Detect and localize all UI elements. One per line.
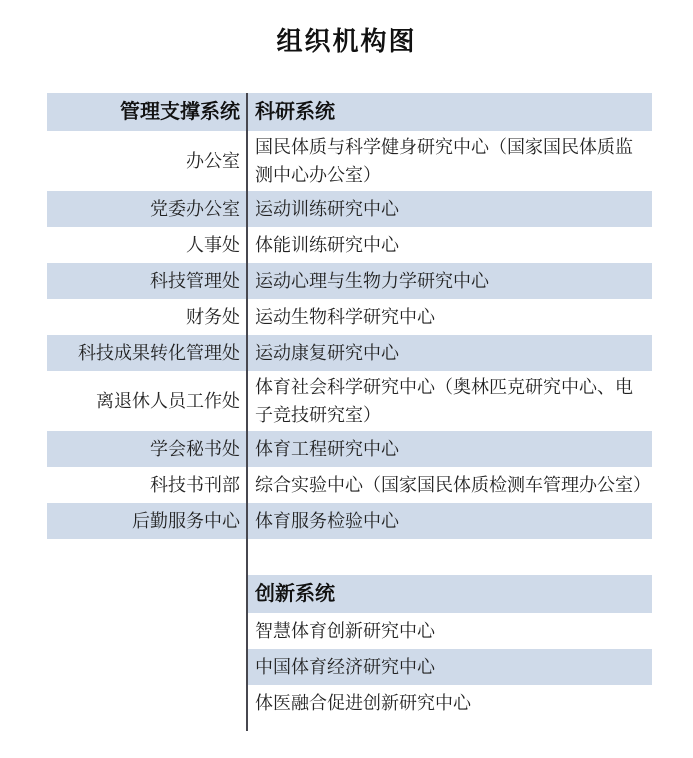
table-row: 离退休人员工作处体育社会科学研究中心（奥林匹克研究中心、电子竞技研究室） xyxy=(47,371,652,431)
research-center-cell: 运动训练研究中心 xyxy=(246,191,652,227)
management-dept-cell: 人事处 xyxy=(47,227,246,263)
research-center-cell: 运动生物科学研究中心 xyxy=(246,299,652,335)
empty-left-cell xyxy=(47,685,246,721)
page-title: 组织机构图 xyxy=(0,24,693,58)
management-dept-cell: 科技成果转化管理处 xyxy=(47,335,246,371)
column-header-management-support-system: 管理支撑系统 xyxy=(47,93,246,131)
innovation-row: 体医融合促进创新研究中心 xyxy=(47,685,652,721)
research-center-cell: 运动康复研究中心 xyxy=(246,335,652,371)
innovation-center-cell: 智慧体育创新研究中心 xyxy=(246,613,652,649)
management-dept-cell: 党委办公室 xyxy=(47,191,246,227)
research-center-cell: 体能训练研究中心 xyxy=(246,227,652,263)
research-center-cell: 体育社会科学研究中心（奥林匹克研究中心、电子竞技研究室） xyxy=(246,371,652,431)
table-row: 财务处运动生物科学研究中心 xyxy=(47,299,652,335)
research-center-cell: 运动心理与生物力学研究中心 xyxy=(246,263,652,299)
divider-tail-row xyxy=(47,721,652,731)
innovation-row: 智慧体育创新研究中心 xyxy=(47,613,652,649)
table-row: 科技书刊部综合实验中心（国家国民体质检测车管理办公室） xyxy=(47,467,652,503)
management-dept-cell: 学会秘书处 xyxy=(47,431,246,467)
table-gap-row xyxy=(47,539,652,575)
management-dept-cell: 办公室 xyxy=(47,131,246,191)
empty-left-cell xyxy=(47,649,246,685)
table-row: 科技成果转化管理处运动康复研究中心 xyxy=(47,335,652,371)
management-dept-cell: 离退休人员工作处 xyxy=(47,371,246,431)
table-row: 人事处体能训练研究中心 xyxy=(47,227,652,263)
section-header-innovation-system: 创新系统 xyxy=(246,575,652,613)
innovation-center-cell: 中国体育经济研究中心 xyxy=(246,649,652,685)
management-dept-cell: 科技书刊部 xyxy=(47,467,246,503)
research-center-cell: 国民体质与科学健身研究中心（国家国民体质监测中心办公室） xyxy=(246,131,652,191)
table-row: 后勤服务中心体育服务检验中心 xyxy=(47,503,652,539)
table-row: 党委办公室运动训练研究中心 xyxy=(47,191,652,227)
empty-right-cell xyxy=(246,721,652,731)
research-center-cell: 体育工程研究中心 xyxy=(246,431,652,467)
empty-right-cell xyxy=(246,539,652,575)
table-row: 办公室国民体质与科学健身研究中心（国家国民体质监测中心办公室） xyxy=(47,131,652,191)
table-row: 科技管理处运动心理与生物力学研究中心 xyxy=(47,263,652,299)
empty-left-cell xyxy=(47,539,246,575)
column-header-research-system: 科研系统 xyxy=(246,93,652,131)
table-header-row: 管理支撑系统 科研系统 xyxy=(47,93,652,131)
document-page: 组织机构图 管理支撑系统 科研系统 办公室国民体质与科学健身研究中心（国家国民体… xyxy=(0,24,693,731)
innovation-table-rows: 智慧体育创新研究中心中国体育经济研究中心体医融合促进创新研究中心 xyxy=(47,613,652,721)
innovation-center-cell: 体医融合促进创新研究中心 xyxy=(246,685,652,721)
main-table-rows: 办公室国民体质与科学健身研究中心（国家国民体质监测中心办公室）党委办公室运动训练… xyxy=(47,131,652,539)
empty-left-cell xyxy=(47,721,246,731)
management-dept-cell: 财务处 xyxy=(47,299,246,335)
management-dept-cell: 后勤服务中心 xyxy=(47,503,246,539)
innovation-row: 中国体育经济研究中心 xyxy=(47,649,652,685)
innovation-header-row: 创新系统 xyxy=(47,575,652,613)
research-center-cell: 体育服务检验中心 xyxy=(246,503,652,539)
empty-left-cell xyxy=(47,575,246,613)
research-center-cell: 综合实验中心（国家国民体质检测车管理办公室） xyxy=(246,467,652,503)
empty-left-cell xyxy=(47,613,246,649)
management-dept-cell: 科技管理处 xyxy=(47,263,246,299)
table-row: 学会秘书处体育工程研究中心 xyxy=(47,431,652,467)
org-chart-table: 管理支撑系统 科研系统 办公室国民体质与科学健身研究中心（国家国民体质监测中心办… xyxy=(47,93,652,731)
